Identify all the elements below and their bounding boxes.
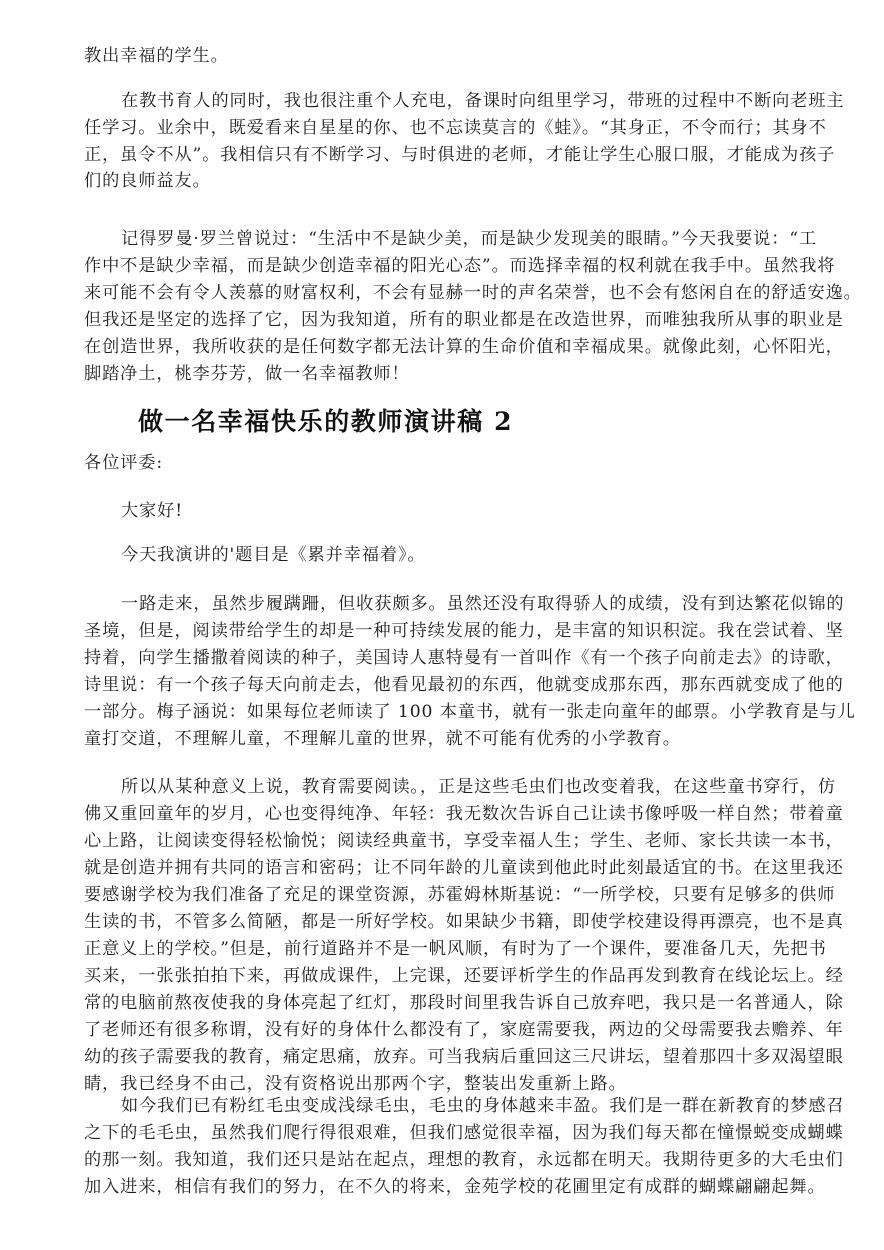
paragraph-line: 教出幸福的学生。 (84, 45, 229, 67)
speech-topic: 今天我演讲的'题目是《累并幸福着》。 (121, 544, 426, 566)
paragraph-line: 们的良师益友。 (84, 170, 211, 192)
paragraph-line: 来可能不会有令人羡慕的财富权利，不会有显赫一时的声名荣誉，也不会有悠闲自在的舒适… (84, 282, 862, 304)
paragraph-line: 心上路，让阅读变得轻松愉悦；阅读经典童书，享受幸福人生；学生、老师、家长共读一本… (84, 830, 844, 852)
paragraph-line: 佛又重回童年的岁月，心也变得纯净、年轻：我无数次告诉自己让读书像呼吸一样自然；带… (84, 803, 844, 825)
greeting: 大家好! (121, 500, 183, 522)
paragraph-line: 但我还是坚定的选择了它，因为我知道，所有的职业都是在改造世界，而唯独我所从事的职… (84, 309, 844, 331)
paragraph-line: 作中不是缺少幸福，而是缺少创造幸福的阳光心态”。而选择幸福的权利就在我手中。虽然… (84, 255, 835, 277)
paragraph-line: 童打交道，不理解儿童，不理解儿童的世界，就不可能有优秀的小学教育。 (84, 728, 681, 750)
paragraph-line: 所以从某种意义上说，教育需要阅读。，正是这些毛虫们也改变着我，在这些童书穿行，仿 (121, 776, 836, 798)
paragraph-line: 圣境，但是，阅读带给学生的却是一种可持续发展的能力，是丰富的知识积淀。我在尝试着… (84, 620, 844, 642)
paragraph-line: 持着，向学生播撒着阅读的种子，美国诗人惠特曼有一首叫作《有一个孩子向前走去》的诗… (84, 647, 844, 669)
paragraph-line: 之下的毛毛虫，虽然我们爬行得很艰难，但我们感觉很幸福，因为我们每天都在憧憬蜕变成… (84, 1122, 844, 1144)
paragraph-line: 常的电脑前熬夜使我的身体亮起了红灯，那段时间里我告诉自己放弃吧，我只是一名普通人… (84, 992, 844, 1014)
paragraph-line: 正意义上的学校。”但是，前行道路并不是一帆风顺，有时为了一个课件，要准备几天，先… (84, 938, 827, 960)
paragraph-line: 买来，一张张拍拍下来，再做成课件，上完课，还要评析学生的作品再发到教育在线论坛上… (84, 965, 844, 987)
paragraph-line: 就是创造并拥有共同的语言和密码；让不同年龄的儿童读到他此时此刻最适宜的书。在这里… (84, 857, 844, 879)
paragraph-line: 如今我们已有粉红毛虫变成浅绿毛虫，毛虫的身体越来丰盈。我们是一群在新教育的梦感召 (121, 1095, 845, 1117)
salutation: 各位评委: (84, 452, 163, 474)
paragraph-line: 在创造世界，我所收获的是任何数字都无法计算的生命价值和幸福成果。就像此刻，心怀阳… (84, 336, 844, 358)
document-page: 教出幸福的学生。 在教书育人的同时，我也很注重个人充电，备课时向组里学习，带班的… (0, 0, 884, 1250)
paragraph-line: 诗里说：有一个孩子每天向前走去，他看见最初的东西，他就变成那东西，那东西就变成了… (84, 674, 844, 696)
paragraph-line: 生读的书，不管多么简陋，都是一所好学校。如果缺少书籍，即使学校建设得再漂亮，也不… (84, 911, 844, 933)
paragraph-line: 加入进来，相信有我们的努力，在不久的将来，金苑学校的花圃里定有成群的蝴蝶翩翩起舞… (84, 1176, 826, 1198)
paragraph-line: 正，虽令不从”。我相信只有不断学习、与时俱进的老师，才能让学生心服口服，才能成为… (84, 144, 835, 166)
paragraph-line: 记得罗曼·罗兰曾说过：“生活中不是缺少美，而是缺少发现美的眼睛。”今天我要说：“… (121, 228, 817, 250)
paragraph-line: 要感谢学校为我们准备了充足的课堂资源，苏霍姆林斯基说：“一所学校，只要有足够多的… (84, 884, 835, 906)
paragraph-line: 一路走来，虽然步履蹒跚，但收获颇多。虽然还没有取得骄人的成绩，没有到达繁花似锦的 (121, 593, 845, 615)
paragraph-line: 了老师还有很多称谓，没有好的身体什么都没有了，家庭需要我，两边的父母需要我去赡养… (84, 1019, 844, 1041)
paragraph-line: 脚踏净土，桃李芬芳，做一名幸福教师！ (84, 363, 410, 385)
section-heading: 做一名幸福快乐的教师演讲稿 2 (138, 406, 513, 438)
paragraph-line: 幼的孩子需要我的教育，痛定思痛，放弃。可当我病后重回这三尺讲坛，望着那四十多双渴… (84, 1046, 844, 1068)
paragraph-line: 睛，我已经身不由己，没有资格说出那两个字，整装出发重新上路。 (84, 1073, 627, 1095)
paragraph-line: 任学习。业余中，既爱看来自星星的你、也不忘读莫言的《蛙》。“其身正，不令而行；其… (84, 117, 827, 139)
paragraph-line: 一部分。梅子涵说：如果每位老师读了 100 本童书，就有一张走向童年的邮票。小学… (84, 701, 856, 723)
paragraph-line: 的那一刻。我知道，我们还只是站在起点，理想的教育，永远都在明天。我期待更多的大毛… (84, 1149, 844, 1171)
paragraph-line: 在教书育人的同时，我也很注重个人充电，备课时向组里学习，带班的过程中不断向老班主 (121, 90, 845, 112)
